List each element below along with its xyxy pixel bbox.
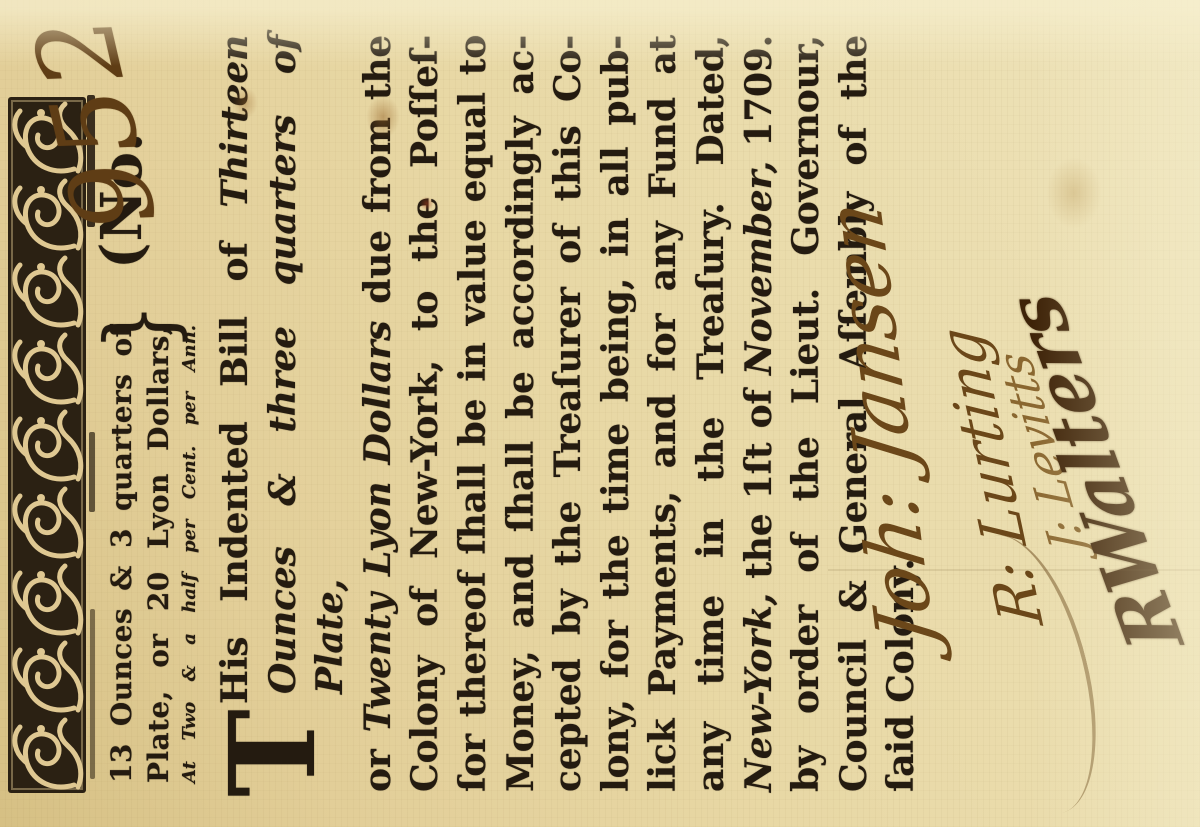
body-line-4: Colony of New-York, to the Poſſeſ-	[402, 35, 450, 792]
caption-line-1: 13 Ounces & 3 quarters of	[103, 325, 140, 783]
body-line-10: any time in the Treaſury. Dated,	[688, 35, 736, 792]
bill-sheet: 13 Ounces & 3 quarters of Plate, or 20 L…	[0, 0, 1200, 827]
body-line-5: ſor thereof ſhall be in value equal to	[450, 35, 498, 792]
denomination-caption: 13 Ounces & 3 quarters of Plate, or 20 L…	[103, 325, 202, 783]
border-rule-segment	[90, 609, 95, 779]
body-line-1: His Indented Bill of Thirteen	[212, 35, 260, 792]
body-line-11: New-York, the 1ſt of November, 1709.	[736, 35, 784, 792]
scanned-colonial-note: 13 Ounces & 3 quarters of Plate, or 20 L…	[0, 0, 1200, 827]
caption-line-2: Plate, or 20 Lyon Dollars,	[140, 325, 177, 783]
caption-brace: }	[94, 303, 188, 351]
body-line-6: Money, and ſhall be accordingly ac-	[498, 35, 546, 792]
body-line-12: by order of the Lieut. Governour,	[783, 35, 831, 792]
caption-line-3: At Two & a half per Cent. per Ann.	[177, 325, 202, 783]
body-line-8: lony, for the time being, in all pub-	[593, 35, 641, 792]
body-line-2: Ounces & three quarters of Plate,	[260, 35, 355, 792]
body-line-7: cepted by the Treaſurer of this Co-	[545, 35, 593, 792]
body-line-9: lick Payments, and for any Fund at	[640, 35, 688, 792]
body-line-3: or Twenty Lyon Dollars due from the	[355, 35, 403, 792]
border-rule-segment	[89, 432, 95, 512]
body-paragraph: His Indented Bill of ThirteenOunces & th…	[212, 35, 926, 792]
paper-crease	[828, 569, 1200, 571]
paper-stain	[1046, 157, 1102, 229]
